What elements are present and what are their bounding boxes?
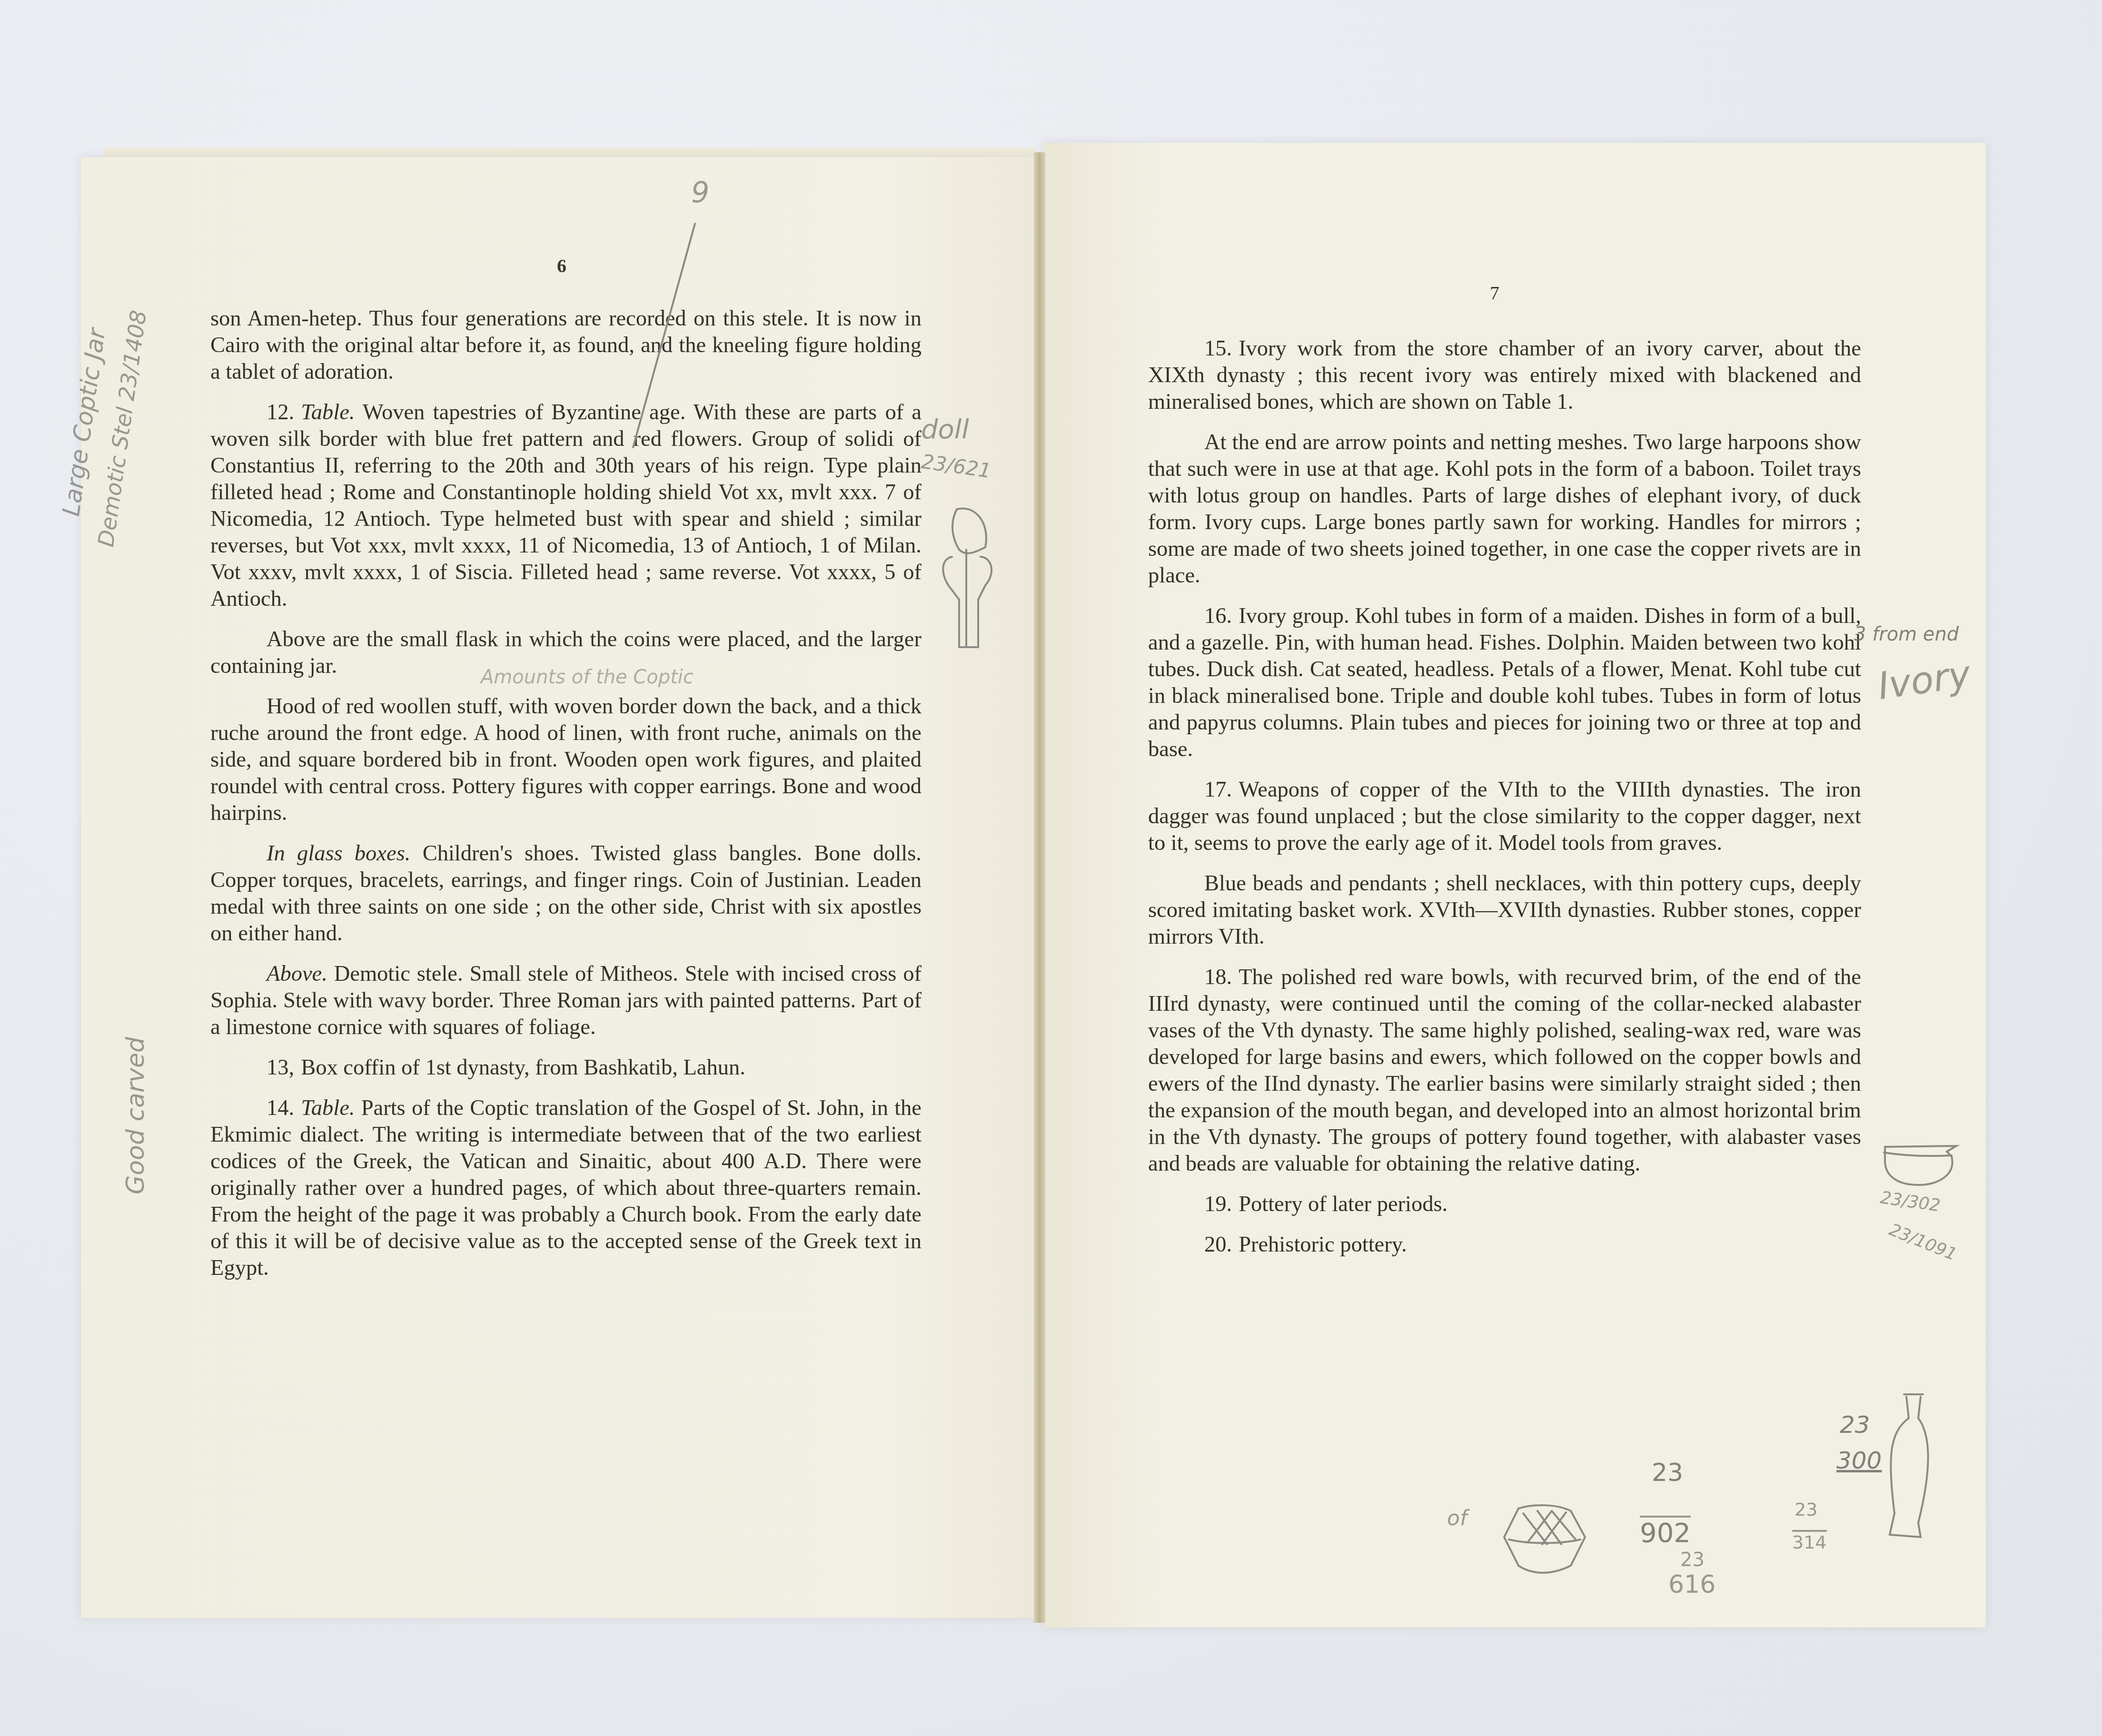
paragraph-text: Hood of red woollen stuff, with woven bo… [210, 694, 922, 825]
annotation-pot-num-lower-bottom: 616 [1668, 1570, 1715, 1599]
item-number: 16. [1204, 604, 1232, 628]
book-gutter [1034, 152, 1045, 1623]
annotation-pot-num-top: 23 [1652, 1459, 1683, 1487]
paragraph: Above. Demotic stele. Small stele of Mit… [210, 961, 922, 1041]
vase-sketch [1885, 1390, 1937, 1547]
paragraph-text: The polished red ware bowls, with recurv… [1148, 965, 1861, 1176]
paragraph: Blue beads and pendants ; shell necklace… [1148, 870, 1861, 950]
paragraph: 19.Pottery of later periods. [1148, 1191, 1861, 1218]
paragraph-text: At the end are arrow points and netting … [1148, 430, 1861, 588]
item-number: 14. [267, 1096, 294, 1120]
item-number: 18. [1204, 965, 1232, 989]
basket-pot-sketch [1499, 1499, 1595, 1585]
item-lead: Table. [301, 1096, 355, 1120]
annotation-doll: doll [921, 414, 969, 445]
annotation-3-from-end: 3 from end [1854, 623, 1959, 645]
paragraph: 17.Weapons of copper of the VIth to the … [1148, 777, 1861, 857]
paragraph: 18.The polished red ware bowls, with rec… [1148, 964, 1861, 1177]
paragraph-text: Pottery of later periods. [1239, 1192, 1448, 1216]
paragraph-text: Box coffin of 1st dynasty, from Bashkati… [301, 1055, 745, 1080]
paragraph-text: Weapons of copper of the VIth to the VII… [1148, 778, 1861, 855]
annotation-coptic: Amounts of the Coptic [481, 666, 694, 688]
paragraph-text: Parts of the Coptic translation of the G… [210, 1096, 922, 1280]
paragraph: son Amen-hetep. Thus four generations ar… [210, 306, 922, 385]
paragraph: At the end are arrow points and netting … [1148, 429, 1861, 589]
paragraph-text: Woven tapestries of Byzantine age. With … [210, 400, 922, 611]
annotation-of: of [1447, 1506, 1467, 1530]
paragraph: 14.Table. Parts of the Coptic translatio… [210, 1095, 922, 1282]
annotation-pot-num-mid: 902 [1640, 1516, 1691, 1549]
annotation-vase-num-bottom: 300 [1836, 1447, 1882, 1474]
item-lead: In glass boxes. [267, 841, 410, 866]
item-lead: Above. [267, 962, 327, 986]
left-page-number: 6 [557, 255, 566, 277]
pencil-stroke [619, 219, 714, 457]
right-page-body: 15.Ivory work from the store chamber of … [1148, 335, 1861, 1272]
annotation-top-mark: 9 [691, 176, 709, 209]
paragraph: 15.Ivory work from the store chamber of … [1148, 335, 1861, 415]
paragraph-text: Ivory work from the store chamber of an … [1148, 336, 1861, 414]
paragraph: 20.Prehistoric pottery. [1148, 1232, 1861, 1258]
paragraph-text: son Amen-hetep. Thus four generations ar… [210, 306, 922, 384]
item-number: 13, [267, 1055, 294, 1080]
item-number: 20. [1204, 1233, 1232, 1257]
right-page-number: 7 [1490, 282, 1499, 304]
bowl-sketch [1880, 1137, 1961, 1190]
item-number: 17. [1204, 778, 1232, 802]
paragraph: 13,Box coffin of 1st dynasty, from Bashk… [210, 1055, 922, 1081]
paragraph-text: Prehistoric pottery. [1239, 1233, 1407, 1257]
annotation-right-num-bottom: 314 [1792, 1530, 1827, 1553]
paragraph: 12.Table. Woven tapestries of Byzantine … [210, 399, 922, 612]
item-number: 19. [1204, 1192, 1232, 1216]
item-number: 15. [1204, 336, 1232, 361]
paragraph: Hood of red woollen stuff, with woven bo… [210, 693, 922, 827]
annotation-vase-num-top: 23 [1840, 1411, 1870, 1439]
paragraph-text: Blue beads and pendants ; shell necklace… [1148, 871, 1861, 949]
paragraph: In glass boxes. Children's shoes. Twiste… [210, 840, 922, 947]
doll-sketch [938, 504, 1000, 657]
paragraph: 16.Ivory group. Kohl tubes in form of a … [1148, 603, 1861, 763]
annotation-pot-num-lower-top: 23 [1680, 1549, 1705, 1571]
paragraph-text: Ivory group. Kohl tubes in form of a mai… [1148, 604, 1861, 761]
annotation-margin-left-lower: Good carved [121, 1037, 150, 1194]
annotation-right-num-top: 23 [1795, 1499, 1817, 1520]
item-number: 12. [267, 400, 294, 424]
left-page-body: son Amen-hetep. Thus four generations ar… [210, 306, 922, 1295]
item-lead: Table. [301, 400, 355, 424]
